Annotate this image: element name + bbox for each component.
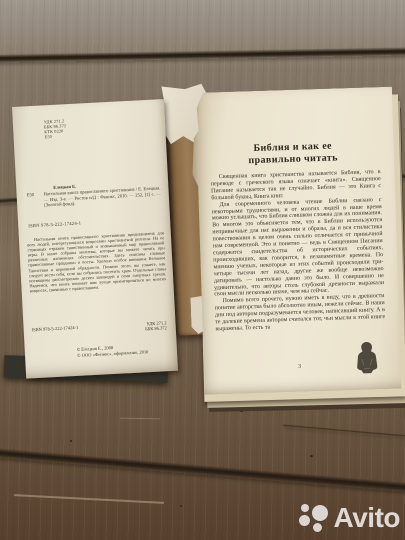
- classification-codes: УДК 271.2 ББК 86.372 КТК 0220 Е50: [44, 118, 67, 139]
- ink-stamp-illustration: [354, 339, 380, 375]
- avito-watermark: Avito: [299, 502, 400, 534]
- avito-wordmark: Avito: [334, 502, 400, 534]
- catalog-letter-code: Е50: [26, 191, 44, 209]
- logo-circle: [299, 515, 310, 526]
- logo-circle: [312, 505, 328, 521]
- wood-speck: [70, 440, 72, 442]
- right-page-chapter: Библия и как ее правильно читать Священн…: [190, 87, 401, 395]
- chapter-heading: Библия и как ее правильно читать: [192, 139, 395, 168]
- isbn-bottom: ISBN 978-5-222-17424-1: [32, 325, 79, 338]
- annotation-text: Настольная книга православного христиани…: [27, 230, 167, 293]
- bottom-codes-row: ISBN 978-5-222-17424-1 УДК 271.2 ББК 86.…: [32, 320, 167, 338]
- logo-circle: [313, 523, 322, 532]
- isbn-line: ISBN 978-5-222-17424-1: [28, 221, 81, 229]
- paragraph: Помимо всего прочего, нужно иметь в виду…: [214, 293, 385, 333]
- body-text: Священная книга христианства называется …: [211, 169, 386, 333]
- logo-circle: [301, 504, 309, 512]
- listing-photo: УДК 271.2 ББК 86.372 КТК 0220 Е50 Елецка…: [0, 0, 405, 540]
- plank-seam: [0, 47, 405, 63]
- avito-logo-icon: [299, 503, 330, 534]
- udk-bbk-bottom: УДК 271.2 ББК 86.372: [145, 320, 167, 332]
- plank-seam: [0, 448, 405, 494]
- plank-seam: [283, 424, 405, 437]
- wood-speck: [310, 455, 313, 457]
- bbk-bottom: ББК 86.372: [145, 326, 167, 332]
- catalog-card: Елецкая Е. Е50 Настольная книга правосла…: [26, 179, 161, 209]
- wood-scratch: [120, 418, 160, 420]
- left-page-content: УДК 271.2 ББК 86.372 КТК 0220 Е50 Елецка…: [12, 99, 178, 379]
- left-page-imprint: УДК 271.2 ББК 86.372 КТК 0220 Е50 Елецка…: [12, 99, 178, 379]
- wood-speck: [180, 505, 182, 507]
- copyright-block: © Елецкая Е., 2008 © ООО «Феникс», оформ…: [77, 343, 149, 358]
- paragraph: Для современного человека чтение Библии …: [211, 197, 384, 299]
- author-sign-code: Е50: [44, 133, 66, 139]
- right-page-content: Библия и как ее правильно читать Священн…: [190, 87, 401, 395]
- wood-scratch: [14, 494, 164, 504]
- catalog-entry: Е50 Настольная книга православного христ…: [26, 185, 161, 209]
